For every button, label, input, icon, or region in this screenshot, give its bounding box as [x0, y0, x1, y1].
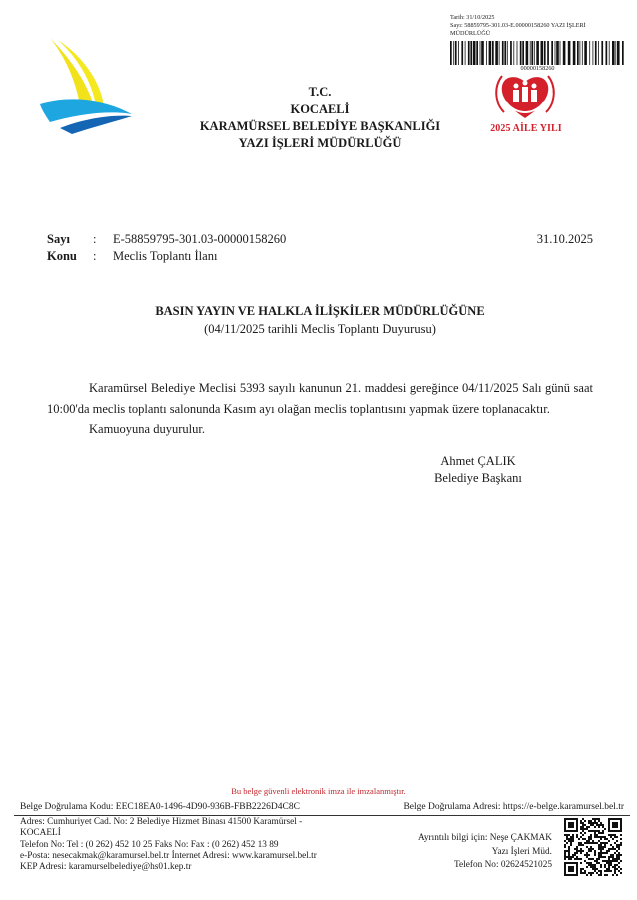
- verification-url[interactable]: Belge Doğrulama Adresi: https://e-belge.…: [403, 802, 624, 812]
- barcode-dept: MÜDÜRLÜĞÜ: [450, 30, 630, 38]
- contact-department: Yazı İşleri Müd.: [418, 846, 552, 860]
- address-line: KOCAELİ: [20, 828, 350, 839]
- contact-block: Ayrıntılı bilgi için: Neşe ÇAKMAK Yazı İ…: [418, 832, 552, 873]
- document-date: 31.10.2025: [537, 232, 593, 247]
- barcode-icon: [450, 41, 625, 65]
- document-header: T.C. KOCAELİ KARAMÜRSEL BELEDİYE BAŞKANL…: [160, 84, 480, 152]
- sayi-value: E-58859795-301.03-00000158260: [113, 232, 286, 247]
- barcode-number-label: 00000158260: [450, 65, 625, 72]
- sayi-label: Sayı: [47, 232, 70, 247]
- konu-value: Meclis Toplantı İlanı: [113, 249, 217, 264]
- contact-phone: Telefon No: 02624521025: [418, 859, 552, 873]
- signatory-name: Ahmet ÇALIK: [418, 453, 538, 470]
- signature-block: Ahmet ÇALIK Belediye Başkanı: [418, 453, 538, 487]
- family-year-label: 2025 AİLE YILI: [478, 123, 574, 134]
- document-body: Karamürsel Belediye Meclisi 5393 sayılı …: [47, 378, 593, 440]
- barcode-date: Tarih: 31/10/2025: [450, 14, 630, 22]
- recipient-title: BASIN YAYIN VE HALKLA İLİŞKİLER MÜDÜRLÜĞ…: [60, 304, 580, 319]
- header-municipality: KARAMÜRSEL BELEDİYE BAŞKANLIĞI: [160, 118, 480, 135]
- email-line[interactable]: e-Posta: nesecakmak@karamursel.bel.tr İn…: [20, 851, 350, 862]
- header-tc: T.C.: [160, 84, 480, 101]
- body-paragraph-1: Karamürsel Belediye Meclisi 5393 sayılı …: [47, 378, 593, 419]
- kep-line[interactable]: KEP Adresi: karamurselbelediye@hs01.kep.…: [20, 862, 350, 873]
- header-department: YAZI İŞLERİ MÜDÜRLÜĞÜ: [160, 135, 480, 152]
- phone-line: Telefon No: Tel : (0 262) 452 10 25 Faks…: [20, 840, 350, 851]
- address-line: Adres: Cumhuriyet Cad. No: 2 Belediye Hi…: [20, 817, 350, 828]
- esign-note: Bu belge güvenli elektronik imza ile imz…: [0, 786, 637, 796]
- sayi-colon: :: [93, 232, 96, 247]
- city-logo-icon: [38, 36, 134, 134]
- konu-colon: :: [93, 249, 96, 264]
- address-block: Adres: Cumhuriyet Cad. No: 2 Belediye Hi…: [20, 817, 350, 873]
- barcode-number: Sayı: 58859795-301.03-E.00000158260 YAZI…: [450, 22, 630, 30]
- signatory-title: Belediye Başkanı: [418, 470, 538, 487]
- verification-code: Belge Doğrulama Kodu: EEC18EA0-1496-4D90…: [20, 802, 300, 812]
- family-year-logo-icon: [492, 72, 558, 122]
- konu-label: Konu: [47, 249, 77, 264]
- contact-person: Ayrıntılı bilgi için: Neşe ÇAKMAK: [418, 832, 552, 846]
- recipient-subtitle: (04/11/2025 tarihli Meclis Toplantı Duyu…: [60, 322, 580, 337]
- header-province: KOCAELİ: [160, 101, 480, 118]
- barcode-meta: Tarih: 31/10/2025 Sayı: 58859795-301.03-…: [450, 14, 630, 38]
- footer-divider: [14, 815, 630, 816]
- body-paragraph-2: Kamuoyuna duyurulur.: [47, 419, 593, 440]
- qr-code-icon: [564, 818, 622, 876]
